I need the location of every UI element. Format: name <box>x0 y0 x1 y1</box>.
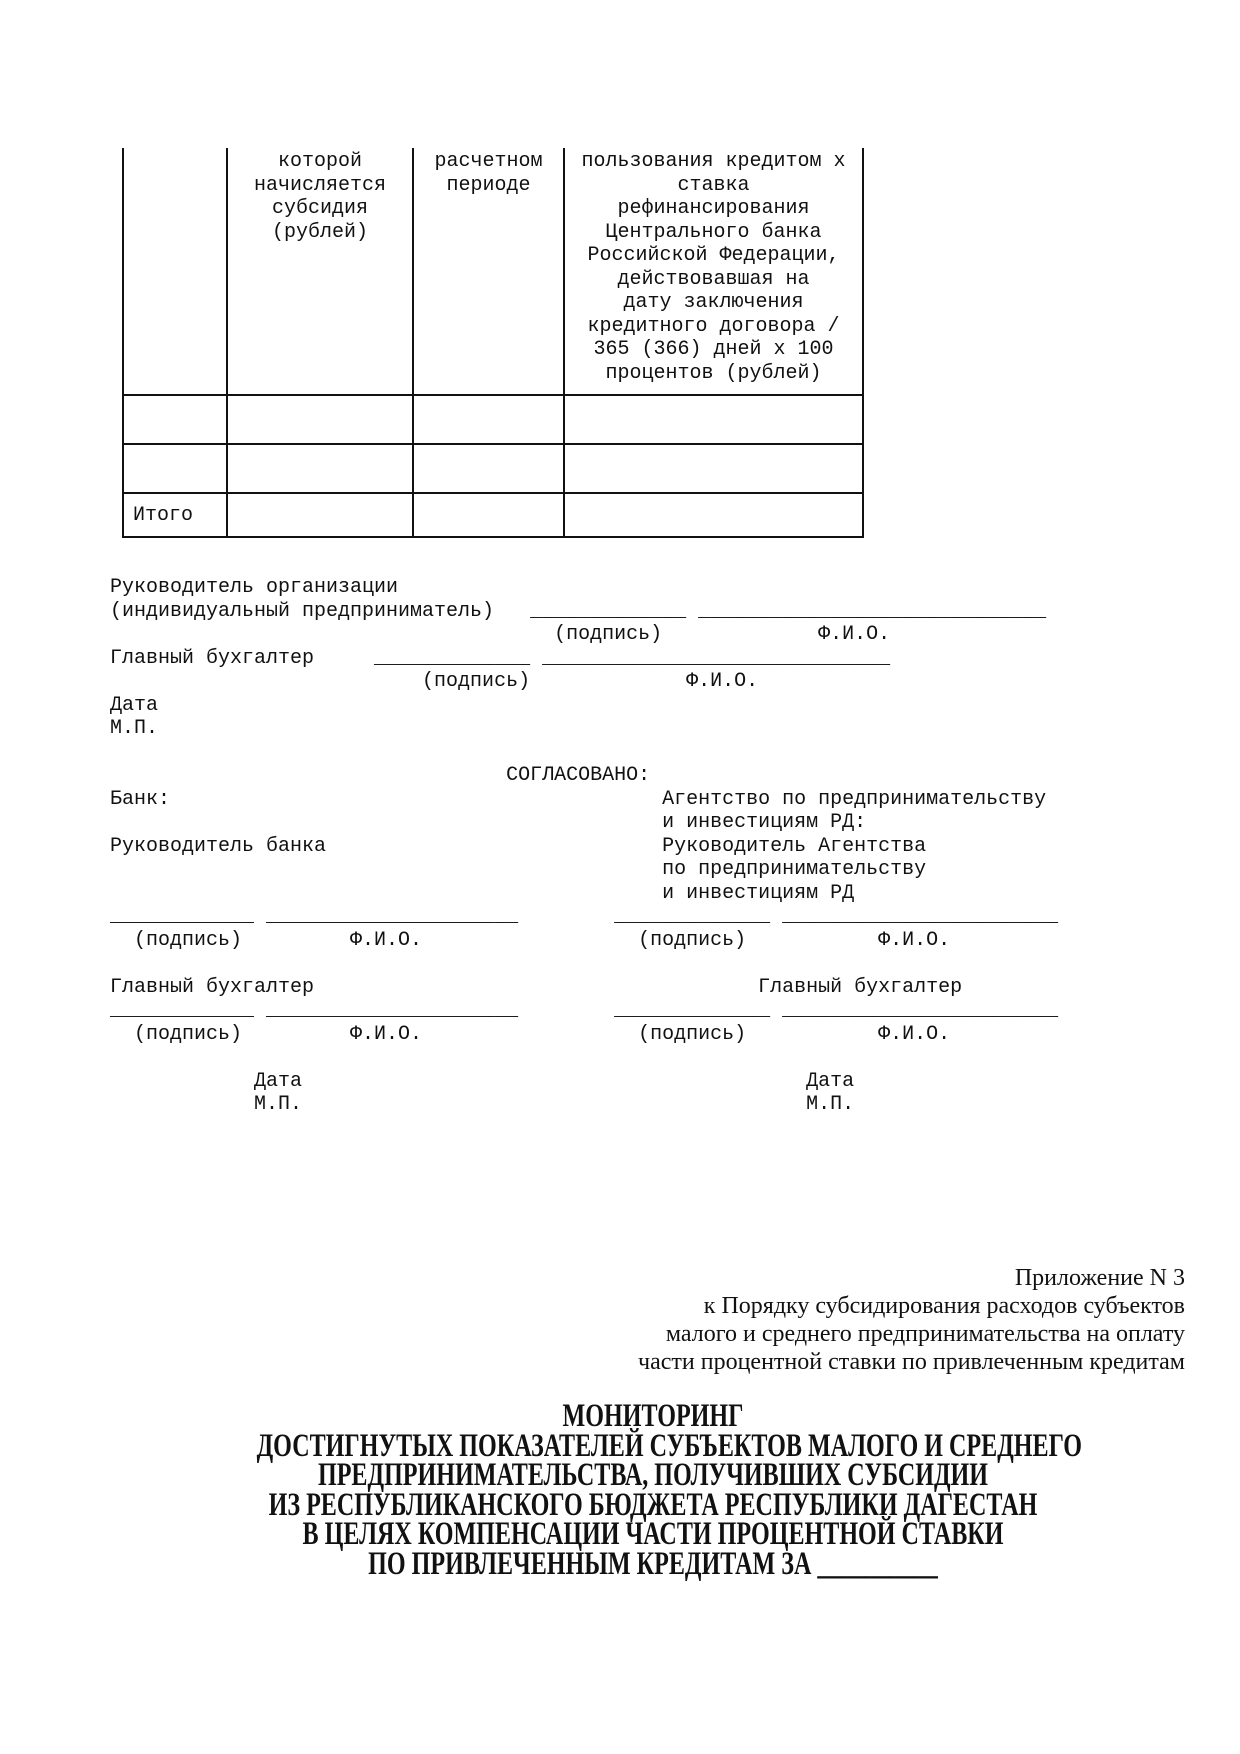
table-header-subsidy-amount: которойначисляетсясубсидия(рублей) <box>228 150 412 244</box>
document-page: которойначисляетсясубсидия(рублей) расче… <box>0 0 1240 1754</box>
text-line: к Порядку субсидирования расходов субъек… <box>638 1292 1185 1320</box>
signatures-and-approval-section: Руководитель организации(индивидуальный … <box>110 576 1058 1117</box>
table-border-row-2 <box>122 492 864 494</box>
text-line <box>110 952 1058 976</box>
text-line: которой <box>228 150 412 174</box>
text-line: рефинансирования <box>565 197 862 221</box>
text-line <box>110 741 1058 765</box>
text-line: (подпись) Ф.И.О. (подпись) Ф.И.О. <box>110 1023 1058 1047</box>
text-line: дату заключения <box>565 291 862 315</box>
table-border-vertical-5 <box>862 148 864 538</box>
text-line: Руководитель банка Руководитель Агентств… <box>110 835 1058 859</box>
text-line: (рублей) <box>228 221 412 245</box>
text-line: ____________ _____________________ _____… <box>110 905 1058 929</box>
text-line: (подпись) Ф.И.О. <box>110 623 1058 647</box>
appendix-reference: Приложение N 3к Порядку субсидирования р… <box>638 1264 1185 1376</box>
text-line: Приложение N 3 <box>638 1264 1185 1292</box>
text-line: Центрального банка <box>565 221 862 245</box>
text-line: расчетном <box>414 150 563 174</box>
table-border-row-1 <box>122 443 864 445</box>
text-line: М.П. М.П. <box>110 1093 1058 1117</box>
text-line: кредитного договора / <box>565 315 862 339</box>
text-line: действовавшая на <box>565 268 862 292</box>
table-border-vertical-1 <box>122 148 124 538</box>
table-header-settlement-period: расчетномпериоде <box>414 150 563 197</box>
text-line: процентов (рублей) <box>565 362 862 386</box>
text-line: Руководитель организации <box>110 576 1058 600</box>
monitoring-title: МОНИТОРИНГДОСТИГНУТЫХ ПОКАЗАТЕЛЕЙ СУБЪЕК… <box>257 1402 1050 1579</box>
text-line: ставка <box>565 174 862 198</box>
text-line: СОГЛАСОВАНО: <box>110 764 1058 788</box>
text-line: по предпринимательству <box>110 858 1058 882</box>
text-line: ПО ПРИВЛЕЧЕННЫМ КРЕДИТАМ ЗА __________ <box>257 1550 1050 1580</box>
text-line: Главный бухгалтер Главный бухгалтер <box>110 976 1058 1000</box>
text-line: пользования кредитом x <box>565 150 862 174</box>
text-line: периоде <box>414 174 563 198</box>
text-line: части процентной ставки по привлеченным … <box>638 1348 1185 1376</box>
text-line: Главный бухгалтер _____________ ________… <box>110 647 1058 671</box>
text-line: и инвестициям РД: <box>110 811 1058 835</box>
text-line: ____________ _____________________ _____… <box>110 999 1058 1023</box>
table-header-credit-rate-formula: пользования кредитом xставкарефинансиров… <box>565 150 862 385</box>
text-line: (индивидуальный предприниматель) _______… <box>110 600 1058 624</box>
text-line: Российской Федерации, <box>565 244 862 268</box>
table-border-bottom <box>122 536 864 538</box>
text-line: Дата <box>110 694 1058 718</box>
text-line: Банк: Агентство по предпринимательству <box>110 788 1058 812</box>
text-line: и инвестициям РД <box>110 882 1058 906</box>
text-line: (подпись) Ф.И.О. <box>110 670 1058 694</box>
text-line <box>110 1046 1058 1070</box>
text-line: начисляется <box>228 174 412 198</box>
table-border-vertical-3 <box>412 148 414 538</box>
text-line: М.П. <box>110 717 1058 741</box>
text-line: 365 (366) дней x 100 <box>565 338 862 362</box>
text-line: малого и среднего предпринимательства на… <box>638 1320 1185 1348</box>
text-line: (подпись) Ф.И.О. (подпись) Ф.И.О. <box>110 929 1058 953</box>
text-line: субсидия <box>228 197 412 221</box>
table-border-header-bottom <box>122 394 864 396</box>
text-line: Дата Дата <box>110 1070 1058 1094</box>
table-total-label: Итого <box>133 504 223 528</box>
